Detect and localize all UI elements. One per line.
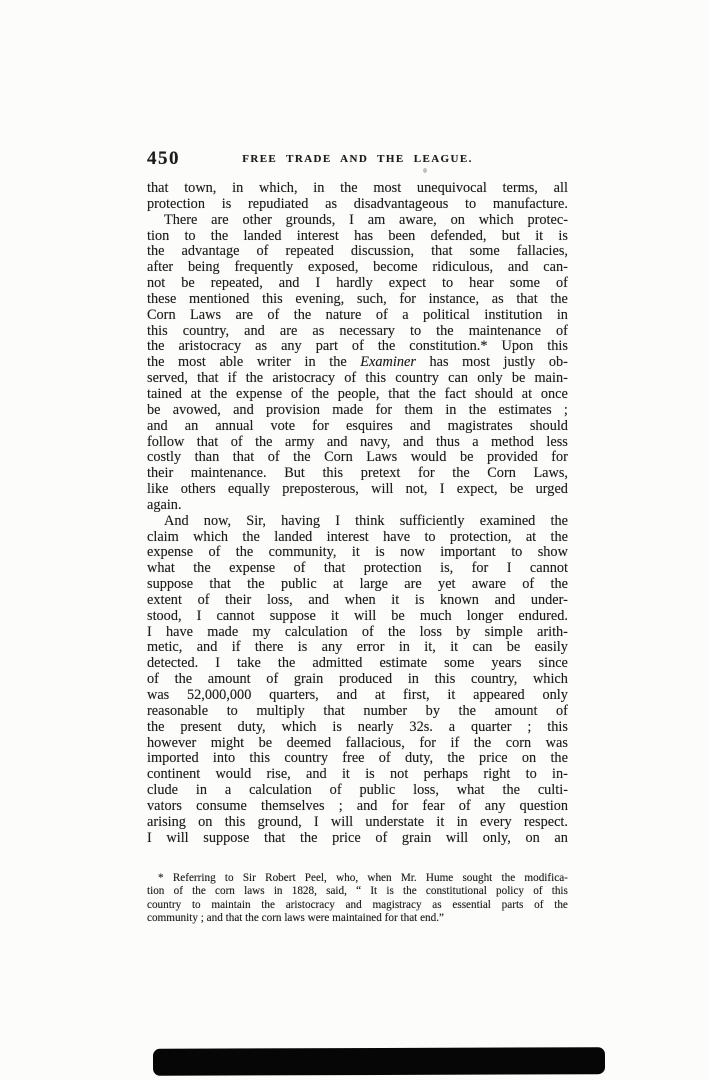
text-line: again.: [147, 498, 568, 514]
text-line: claimwhichthelandedinteresthavetoprotect…: [147, 530, 568, 546]
page-header: 450 FREE TRADE AND THE LEAGUE.: [147, 150, 568, 172]
text-line: Thereareothergrounds,Iamaware,onwhichpro…: [147, 213, 568, 229]
footnote-line: *ReferringtoSirRobertPeel,who,whenMr.Hum…: [147, 872, 568, 885]
text-line: themostablewriterintheExaminerhasmostjus…: [147, 355, 568, 371]
text-line: vatorsconsumethemselves;andforfearofanyq…: [147, 799, 568, 815]
text-line: thepresentduty,whichisnearly32s.aquarter…: [147, 720, 568, 736]
text-line: Ihavemademycalculationofthelossbysimplea…: [147, 625, 568, 641]
running-title: FREE TRADE AND THE LEAGUE.: [147, 154, 568, 165]
footnote: *ReferringtoSirRobertPeel,who,whenMr.Hum…: [147, 872, 568, 926]
text-line: afterbeingfrequentlyexposed,becomeridicu…: [147, 260, 568, 276]
text-line: CornLawsareofthenatureofapoliticalinstit…: [147, 308, 568, 324]
text-line: Iwillsupposethatthepriceofgrainwillonly,…: [147, 831, 568, 847]
text-line: was52,000,000quarters,andatfirst,itappea…: [147, 688, 568, 704]
text-line: whattheexpenseofthatprotectionis,forIcan…: [147, 561, 568, 577]
text-line: andanannualvoteforesquiresandmagistrates…: [147, 419, 568, 435]
text-line: Andnow,Sir,havingIthinksufficientlyexami…: [147, 514, 568, 530]
footnote-line: community ; and that the corn laws were …: [147, 912, 568, 925]
footnote-line: tionofthecornlawsin1828,said,“Itisthecon…: [147, 885, 568, 898]
text-line: metic,andifthereisanyerrorinit,itcanbeea…: [147, 640, 568, 656]
text-line: costlythanthatoftheCornLawswouldbeprovid…: [147, 450, 568, 466]
text-line: oftheamountofgrainproducedinthiscountry,…: [147, 672, 568, 688]
text-line: detected.Itaketheadmittedestimatesomeyea…: [147, 656, 568, 672]
text-line: cludeinacalculationofpublicloss,whatthec…: [147, 783, 568, 799]
text-line: served,thatifthearistocracyofthiscountry…: [147, 371, 568, 387]
text-line: thearistocracyasanypartoftheconstitution…: [147, 339, 568, 355]
text-line: reasonabletomultiplythatnumberbytheamoun…: [147, 704, 568, 720]
text-line: expenseofthecommunity,itisnowimportantto…: [147, 545, 568, 561]
text-line: thattown,inwhich,inthemostunequivocalter…: [147, 181, 568, 197]
book-page: 450 FREE TRADE AND THE LEAGUE. thattown,…: [0, 0, 710, 1080]
text-line: howevermightbedeemedfallacious,forifthec…: [147, 736, 568, 752]
text-line: thesementionedthisevening,such,forinstan…: [147, 292, 568, 308]
body-text: thattown,inwhich,inthemostunequivocalter…: [147, 181, 568, 846]
footnote-line: countrytomaintainthearistocracyandmagist…: [147, 899, 568, 912]
paragraph: thattown,inwhich,inthemostunequivocalter…: [147, 181, 568, 213]
text-line: supposethatthepublicatlargeareyetawareof…: [147, 577, 568, 593]
text-line: importedintothiscountryfreeofduty,thepri…: [147, 751, 568, 767]
paragraph: Thereareothergrounds,Iamaware,onwhichpro…: [147, 213, 568, 514]
text-line: beavowed,andprovisionmadeforthemintheest…: [147, 403, 568, 419]
text-line: arisingonthisground,Iwillunderstateitine…: [147, 815, 568, 831]
text-line: stood,Icannotsupposeitwillbemuchlongeren…: [147, 609, 568, 625]
scan-speck: [423, 168, 427, 173]
text-line: tainedattheexpenseofthepeople,thatthefac…: [147, 387, 568, 403]
text-line: protectionisrepudiatedasdisadvantageoust…: [147, 197, 568, 213]
scan-artifact-bar: [153, 1047, 605, 1076]
text-line: likeothersequallypreposterous,willnot,Ie…: [147, 482, 568, 498]
text-line: continentwouldrise,anditisnotperhapsrigh…: [147, 767, 568, 783]
text-line: thiscountry,andareasnecessarytothemainte…: [147, 324, 568, 340]
paragraph: Andnow,Sir,havingIthinksufficientlyexami…: [147, 514, 568, 847]
text-line: extentoftheirloss,andwhenitisknownandund…: [147, 593, 568, 609]
text-line: theirmaintenance.ButthispretextfortheCor…: [147, 466, 568, 482]
text-line: tiontothelandedinteresthasbeendefended,b…: [147, 229, 568, 245]
text-line: theadvantageofrepeateddiscussion,thatsom…: [147, 244, 568, 260]
text-line: followthatofthearmyandnavy,andthusametho…: [147, 435, 568, 451]
text-line: notberepeated,andIhardlyexpecttohearsome…: [147, 276, 568, 292]
